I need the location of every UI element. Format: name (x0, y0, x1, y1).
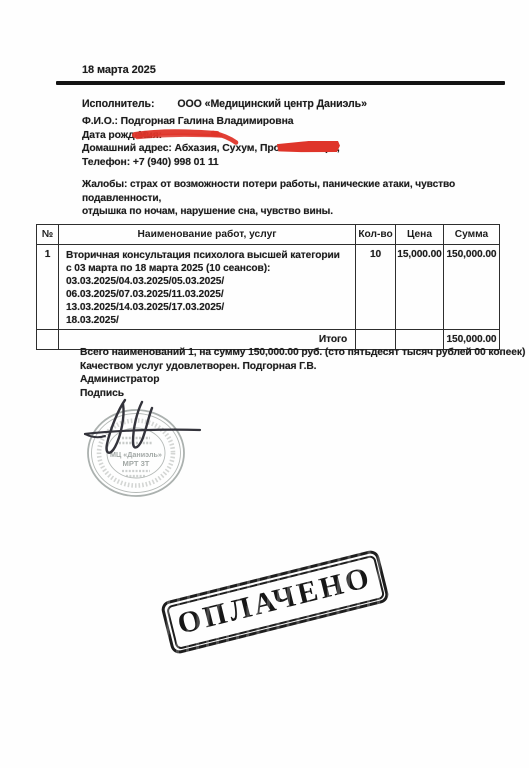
complaints-line-1: Жалобы: страх от возможности потери рабо… (82, 178, 518, 205)
document-date: 18 марта 2025 (82, 64, 156, 76)
row-sum: 150,000.00 (443, 245, 499, 330)
col-header-description: Наименование работ, услуг (58, 225, 355, 245)
description-line: 03.03.2025/04.03.2025/05.03.2025/ (66, 275, 348, 288)
performer-line: Исполнитель:ООО «Медицинский центр Даниэ… (82, 98, 367, 110)
total-empty-cell (37, 330, 59, 350)
description-line: с 03 марта по 18 марта 2025 (10 сеансов)… (66, 262, 348, 275)
description-line: Вторичная консультация психолога высшей … (66, 249, 348, 262)
quality-statement-line: Качеством услуг удовлетворен. Подгорная … (80, 361, 316, 372)
col-header-sum: Сумма (443, 225, 499, 245)
services-table: № Наименование работ, услуг Кол-во Цена … (36, 224, 500, 350)
description-line: 13.03.2025/14.03.2025/17.03.2025/ (66, 301, 348, 314)
paid-stamp-text: ОПЛАЧЕНО (174, 560, 375, 641)
complaints-line-2: отдышка по ночам, нарушение сна, чувство… (82, 205, 518, 219)
row-qty: 10 (356, 245, 396, 330)
grand-total-line: Всего наименований 1, на сумму 150,000.0… (80, 347, 525, 358)
complaints-paragraph: Жалобы: страх от возможности потери рабо… (82, 178, 518, 219)
administrator-label: Администратор (80, 374, 159, 385)
phone-line: Телефон: +7 (940) 998 01 11 (82, 157, 219, 168)
description-line: 06.03.2025/07.03.2025/11.03.2025/ (66, 288, 348, 301)
paid-stamp: ОПЛАЧЕНО (160, 549, 390, 656)
performer-value: ООО «Медицинский центр Даниэль» (177, 98, 366, 110)
row-number: 1 (37, 245, 59, 330)
col-header-qty: Кол-во (356, 225, 396, 245)
row-price: 15,000.00 (396, 245, 444, 330)
handwritten-signature (78, 392, 210, 474)
description-line: 18.03.2025/ (66, 314, 348, 327)
header-rule (56, 81, 505, 85)
col-header-price: Цена (396, 225, 444, 245)
table-row: 1 Вторичная консультация психолога высше… (37, 245, 500, 330)
col-header-number: № (37, 225, 59, 245)
scanned-invoice-page: 18 марта 2025 Исполнитель:ООО «Медицинск… (0, 0, 529, 768)
table-header-row: № Наименование работ, услуг Кол-во Цена … (37, 225, 500, 245)
row-description: Вторичная консультация психолога высшей … (58, 245, 355, 330)
paid-stamp-inner-border: ОПЛАЧЕНО (165, 554, 385, 650)
performer-label: Исполнитель: (82, 98, 154, 110)
